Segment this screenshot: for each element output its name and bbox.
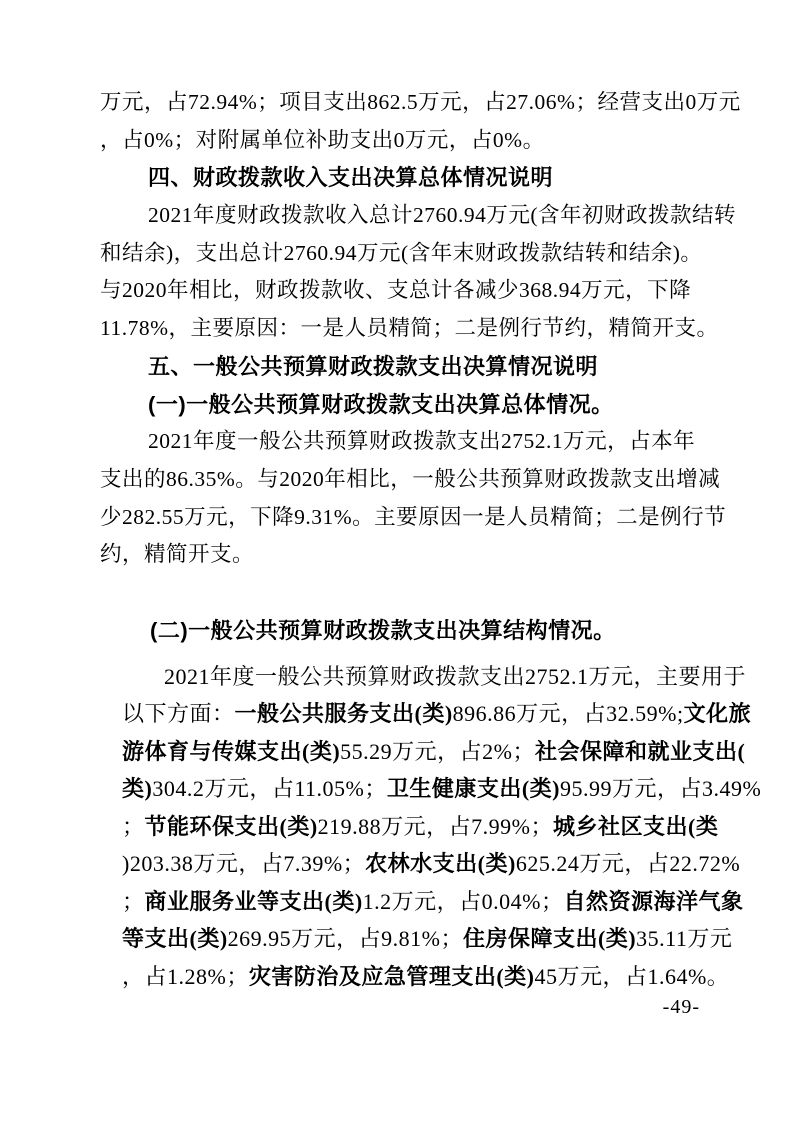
- document-page: 万元，占72.94%；项目支出862.5万元，占27.06%；经营支出0万元，占…: [0, 0, 793, 1122]
- text-line: ；节能环保支出(类)219.88万元，占7.99%；城乡社区支出(类: [122, 808, 712, 846]
- emphasis-text: (一)一般公共预算财政拨款支出决算总体情况。: [148, 392, 614, 417]
- body-text: 45万元，占1.64%。: [534, 964, 729, 989]
- body-text: 与2020年相比，财政拨款收、支总计各减少368.94万元，下降: [100, 278, 691, 302]
- heading-line: 五、一般公共预算财政拨款支出决算情况说明: [100, 348, 708, 386]
- text-line: 以下方面：一般公共服务支出(类)896.86万元，占32.59%;文化旅: [122, 695, 712, 733]
- body-text: 约，精简开支。: [100, 542, 254, 566]
- emphasis-text: 自然资源海洋气象: [564, 889, 744, 914]
- body-text: 11.78%，主要原因：一是人员精简；二是例行节约，精简开支。: [100, 316, 719, 340]
- body-text: ；: [122, 814, 145, 839]
- body-text: 1.2万元，占0.04%；: [363, 889, 564, 914]
- emphasis-text: 节能环保支出(类): [145, 814, 318, 839]
- emphasis-text: 住房保障支出(类): [463, 926, 636, 951]
- text-line: )203.38万元，占7.39%；农林水支出(类)625.24万元，占22.72…: [122, 845, 712, 883]
- text-line: 万元，占72.94%；项目支出862.5万元，占27.06%；经营支出0万元: [100, 84, 708, 122]
- body-text: 95.99万元，占3.49%: [560, 776, 761, 801]
- text-line: 2021年度一般公共预算财政拨款支出2752.1万元，主要用于: [122, 658, 712, 696]
- heading-line: 四、财政拨款收入支出决算总体情况说明: [100, 159, 708, 197]
- body-text: 55.29万元，占2%；: [340, 739, 535, 764]
- body-text: 以下方面：: [122, 701, 235, 726]
- emphasis-text: 灾害防治及应急管理支出(类): [249, 964, 535, 989]
- text-line: 11.78%，主要原因：一是人员精简；二是例行节约，精简开支。: [100, 310, 708, 348]
- page-number: -49-: [663, 996, 700, 1019]
- emphasis-text: 文化旅: [684, 701, 752, 726]
- text-line: 游体育与传媒支出(类)55.29万元，占2%；社会保障和就业支出(: [122, 733, 712, 771]
- block-sections-4-5: 万元，占72.94%；项目支出862.5万元，占27.06%；经营支出0万元，占…: [100, 84, 708, 574]
- body-text: 2021年度一般公共预算财政拨款支出2752.1万元，占本年: [148, 429, 695, 453]
- text-line: 约，精简开支。: [100, 536, 708, 574]
- body-text: ；: [122, 889, 145, 914]
- text-line: ；商业服务业等支出(类)1.2万元，占0.04%；自然资源海洋气象: [122, 883, 712, 921]
- body-text: 2021年度财政拨款收入总计2760.94万元(含年初财政拨款结转: [148, 203, 736, 227]
- emphasis-text: 城乡社区支出(类: [553, 814, 718, 839]
- body-text: 2021年度一般公共预算财政拨款支出2752.1万元，主要用于: [164, 664, 746, 689]
- emphasis-text: 四、财政拨款收入支出决算总体情况说明: [148, 165, 553, 190]
- body-text: )203.38万元，占7.39%；: [122, 851, 365, 876]
- body-text: 万元，占72.94%；项目支出862.5万元，占27.06%；经营支出0万元: [100, 90, 741, 114]
- body-text: 支出的86.35%。与2020年相比，一般公共预算财政拨款支出增减: [100, 467, 720, 491]
- emphasis-text: 等支出(类): [122, 926, 228, 951]
- body-text: ，占1.28%；: [122, 964, 249, 989]
- emphasis-text: 类): [122, 776, 152, 801]
- body-text: 和结余)，支出总计2760.94万元(含年末财政拨款结转和结余)。: [100, 241, 702, 265]
- body-text: 269.95万元，占9.81%；: [228, 926, 463, 951]
- text-line: 类)304.2万元，占11.05%；卫生健康支出(类)95.99万元，占3.49…: [122, 770, 712, 808]
- text-line: 和结余)，支出总计2760.94万元(含年末财政拨款结转和结余)。: [100, 235, 708, 273]
- heading-line: (二)一般公共预算财政拨款支出决算结构情况。: [122, 612, 712, 650]
- heading-line: (一)一般公共预算财政拨款支出决算总体情况。: [100, 386, 708, 424]
- emphasis-text: 游体育与传媒支出(类): [122, 739, 340, 764]
- body-text: 35.11万元: [636, 926, 732, 951]
- text-line: 等支出(类)269.95万元，占9.81%；住房保障支出(类)35.11万元: [122, 920, 712, 958]
- body-text: 625.24万元，占22.72%: [516, 851, 740, 876]
- body-text: 304.2万元，占11.05%；: [152, 776, 387, 801]
- emphasis-text: (二)一般公共预算财政拨款支出决算结构情况。: [150, 618, 616, 643]
- body-text: ，占0%；对附属单位补助支出0万元，占0%。: [100, 128, 545, 152]
- emphasis-text: 商业服务业等支出(类): [145, 889, 363, 914]
- text-line: 2021年度财政拨款收入总计2760.94万元(含年初财政拨款结转: [100, 197, 708, 235]
- emphasis-text: 农林水支出(类): [365, 851, 516, 876]
- body-text: 896.86万元，占32.59%;: [453, 701, 684, 726]
- text-line: 少282.55万元，下降9.31%。主要原因一是人员精简；二是例行节: [100, 499, 708, 537]
- emphasis-text: 社会保障和就业支出(: [535, 739, 745, 764]
- text-line: 支出的86.35%。与2020年相比，一般公共预算财政拨款支出增减: [100, 461, 708, 499]
- text-line: 2021年度一般公共预算财政拨款支出2752.1万元，占本年: [100, 423, 708, 461]
- body-text: 219.88万元，占7.99%；: [318, 814, 553, 839]
- text-line: ，占0%；对附属单位补助支出0万元，占0%。: [100, 122, 708, 160]
- emphasis-text: 卫生健康支出(类): [387, 776, 560, 801]
- block-section-structure: (二)一般公共预算财政拨款支出决算结构情况。2021年度一般公共预算财政拨款支出…: [122, 612, 712, 995]
- text-line: ，占1.28%；灾害防治及应急管理支出(类)45万元，占1.64%。: [122, 958, 712, 996]
- body-text: 少282.55万元，下降9.31%。主要原因一是人员精简；二是例行节: [100, 505, 726, 529]
- text-line: 与2020年相比，财政拨款收、支总计各减少368.94万元，下降: [100, 272, 708, 310]
- emphasis-text: 一般公共服务支出(类): [235, 701, 453, 726]
- emphasis-text: 五、一般公共预算财政拨款支出决算情况说明: [148, 354, 598, 379]
